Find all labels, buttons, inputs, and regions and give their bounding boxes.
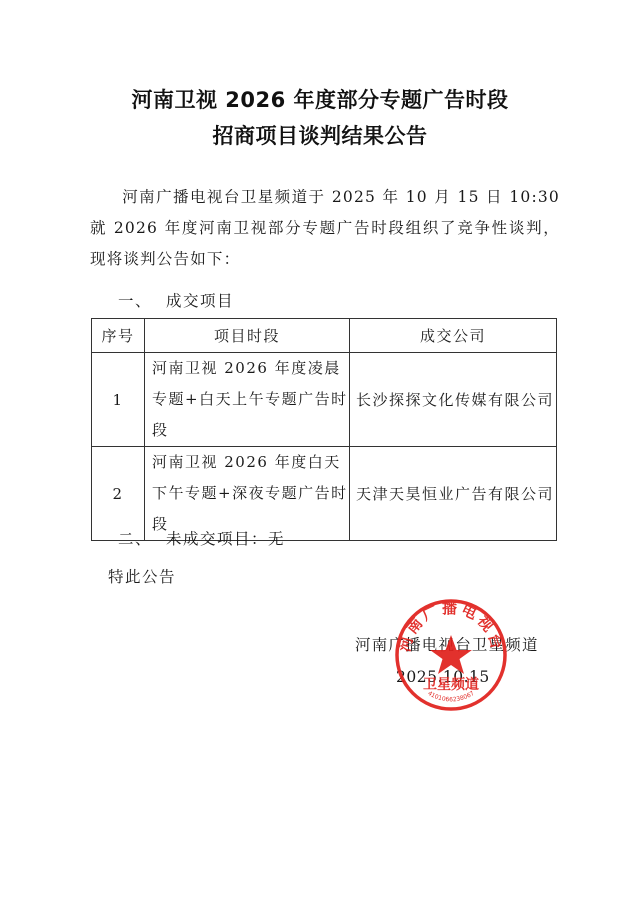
row-company: 长沙探探文化传媒有限公司 [350,353,557,447]
section-2-number: 二、 [118,530,152,548]
star-icon [430,635,472,674]
section-1-number: 一、 [118,292,152,310]
row-project: 河南卫视 2026 年度凌晨专题+白天上午专题广告时段 [145,353,350,447]
row-number: 1 [92,353,145,447]
table-row: 1 河南卫视 2026 年度凌晨专题+白天上午专题广告时段 长沙探探文化传媒有限… [92,353,557,447]
official-seal-icon: 河南广播电视台 卫星频道 4101066238067 [393,597,509,713]
section-1-heading: 一、成交项目 [118,289,234,311]
row-company: 天津天昊恒业广告有限公司 [350,447,557,541]
intro-text: 河南广播电视台卫星频道于 2025 年 10 月 15 日 10:30 就 20… [90,188,560,268]
table-header-row: 序号 项目时段 成交公司 [92,319,557,353]
section-2-heading: 二、未成交项目：无 [118,527,285,549]
title-line-1: 河南卫视 2026 年度部分专题广告时段 [0,84,640,114]
header-company: 成交公司 [350,319,557,353]
closing-text: 特此公告 [108,565,176,587]
title-line-2: 招商项目谈判结果公告 [0,120,640,150]
section-2-label: 未成交项目：无 [166,530,285,548]
deal-table: 序号 项目时段 成交公司 1 河南卫视 2026 年度凌晨专题+白天上午专题广告… [91,318,557,541]
seal-bottom-text: 卫星频道 [423,676,479,693]
header-project: 项目时段 [145,319,350,353]
intro-paragraph: 河南广播电视台卫星频道于 2025 年 10 月 15 日 10:30 就 20… [90,182,560,275]
header-number: 序号 [92,319,145,353]
section-1-label: 成交项目 [166,292,234,310]
